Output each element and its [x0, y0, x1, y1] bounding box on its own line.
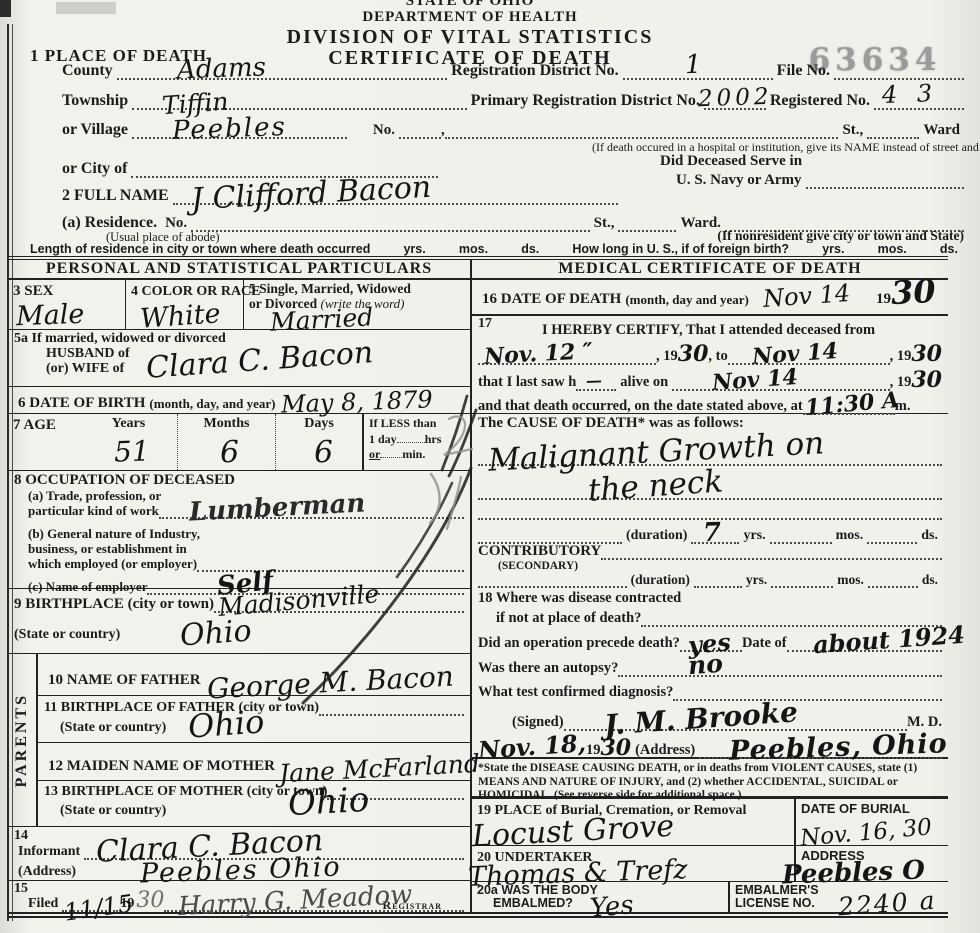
- village-value: Peebles: [172, 114, 288, 144]
- county-label: County: [58, 62, 117, 80]
- parents-label: PARENTS: [13, 693, 31, 788]
- township-row: Township Tiffin Primary Registration Dis…: [58, 92, 964, 110]
- contrib-mos-field: [771, 582, 833, 588]
- duration-label: (duration): [627, 572, 694, 588]
- cause-footnote: *State the DISEASE CAUSING DEATH, or in …: [478, 762, 917, 801]
- length-label: Length of residence in city or town wher…: [30, 242, 370, 256]
- occ-b-line2: business, or establishment in: [28, 542, 464, 557]
- dod-value: Nov 14: [762, 281, 851, 311]
- fullname-value: J Clifford Bacon: [190, 173, 431, 216]
- residence-ward-field: [618, 226, 676, 232]
- marital-label1: 5 Single, Married, Widowed: [249, 282, 465, 297]
- cause-blank-field: [478, 500, 942, 520]
- father-row: 10 NAME OF FATHER George M. Bacon: [38, 654, 470, 696]
- certify-line3: that I last saw h — alive on Nov 14 , 19…: [478, 365, 942, 391]
- informant-label: Informant: [14, 844, 84, 860]
- operation-line: Did an operation precede death? yes Date…: [478, 627, 942, 652]
- race-label: 4 COLOR OR RACE: [131, 284, 261, 299]
- sign-year-pre: 19: [586, 742, 601, 759]
- burial-date-cell: DATE OF BURIAL Nov. 16, 30: [796, 799, 948, 845]
- operation-label: Did an operation precede death?: [478, 635, 680, 652]
- birthplace-label: 9 BIRTHPLACE (city or town): [14, 596, 214, 613]
- father-birthplace-row: 11 BIRTHPLACE OF FATHER (city or town) (…: [38, 696, 470, 744]
- race-value: White: [139, 300, 221, 333]
- burial-row: 19 PLACE of Burial, Cremation, or Remova…: [472, 799, 948, 846]
- fullname-label: 2 FULL NAME: [58, 187, 173, 205]
- navy-row: U. S. Navy or Army: [672, 172, 964, 189]
- signed-line: (Signed) J. M. Brooke M. D.: [478, 701, 942, 731]
- yrs-label: yrs.: [403, 242, 425, 256]
- st-label: St.,: [838, 122, 867, 139]
- certify-row: 17 I HEREBY CERTIFY, That I attended dec…: [472, 316, 948, 414]
- dod-year-value: 30: [890, 275, 936, 309]
- address-label: (Address): [631, 742, 699, 759]
- ds-label: ds.: [918, 572, 942, 588]
- cause-row: The CAUSE OF DEATH* was as follows: Mali…: [472, 414, 948, 539]
- county-row: County Adams Registration District No. 1…: [58, 62, 964, 80]
- mother-birthplace-row: 13 BIRTHPLACE OF MOTHER (city or town) (…: [38, 781, 470, 826]
- village-row: or Village Peebles No. , St., Ward: [58, 121, 964, 139]
- sex-race-marital-row: 3 SEX Male 4 COLOR OR RACE White 5 Singl…: [8, 280, 470, 330]
- ds-label: ds.: [940, 242, 958, 256]
- county-value: Adams: [176, 54, 266, 83]
- length-row: Length of residence in city or town wher…: [30, 242, 964, 256]
- certify-text: I HEREBY CERTIFY, That I attended deceas…: [542, 322, 875, 339]
- yrs-label: yrs.: [822, 242, 844, 256]
- dob-label: 6 DATE OF BIRTH: [14, 395, 149, 412]
- date-of-death-row: 16 DATE OF DEATH (month, day and year) N…: [472, 280, 948, 316]
- contrib-ds-field: [868, 582, 918, 588]
- age-days-cell: Days 6: [276, 414, 364, 470]
- howlong-label: How long in U. S., if of foreign birth?: [572, 242, 789, 256]
- less-min: min.: [402, 447, 425, 461]
- certify-line1: I HEREBY CERTIFY, That I attended deceas…: [542, 317, 942, 339]
- undertaker-address-cell: ADDRESS Peebles O: [796, 846, 948, 881]
- occ-a-field: Lumberman: [159, 513, 464, 519]
- registrar-signature: Harry G. Meadow: [178, 882, 413, 920]
- mother-label: 12 MAIDEN NAME OF MOTHER: [44, 758, 279, 775]
- street-no-field: [399, 133, 441, 139]
- dod-label: 16 DATE OF DEATH: [478, 291, 625, 308]
- filed-date-field: 11/15: [62, 906, 118, 912]
- attended-to-year: 30: [911, 343, 942, 365]
- certify-line4: and that death occurred, on the date sta…: [478, 391, 942, 415]
- certify-line2: Nov. 12 ″ , 19 30 , to Nov 14 , 19 30: [478, 339, 942, 365]
- attended-from-year: 30: [678, 343, 709, 365]
- marital-cell: 5 Single, Married, Widowed or Divorced (…: [244, 280, 470, 329]
- occurred-text: and that death occurred, on the date sta…: [478, 398, 803, 415]
- personal-column: PERSONAL AND STATISTICAL PARTICULARS 3 S…: [8, 260, 472, 912]
- ds-label: ds.: [521, 242, 539, 256]
- undertaker-addr-value: Peebles O: [782, 858, 926, 889]
- navy-line2: U. S. Navy or Army: [672, 172, 806, 189]
- village-field: Peebles: [132, 133, 347, 139]
- operation-date-value: about 1924: [812, 623, 965, 658]
- footnote-row: *State the DISEASE CAUSING DEATH, or in …: [472, 759, 948, 799]
- contributory-label: CONTRIBUTORY: [478, 543, 601, 560]
- township-field: Tiffin: [132, 104, 466, 110]
- age-days-value: 6: [313, 438, 333, 469]
- signed-label: (Signed): [512, 714, 564, 731]
- navy-field: [806, 183, 964, 189]
- county-field: Adams: [117, 74, 447, 80]
- navy-line1: Did Deceased Serve in: [660, 153, 802, 170]
- contrib-lead: [478, 582, 627, 588]
- comma-19: , 19: [656, 348, 678, 365]
- primary-reg-field: 2002: [704, 104, 766, 110]
- dob-row: 6 DATE OF BIRTH (month, day, and year) M…: [8, 387, 470, 414]
- less-or: or: [369, 447, 380, 461]
- birthplace-row: 9 BIRTHPLACE (city or town) Madisonville…: [8, 589, 470, 654]
- to-label: , to: [708, 348, 727, 365]
- months-label: Months: [183, 416, 270, 432]
- undertaker-row: 20 UNDERTAKER Thomas & Trefz ADDRESS Pee…: [472, 846, 948, 882]
- dod-note: (month, day and year): [625, 292, 749, 308]
- township-label: Township: [58, 92, 132, 110]
- where-line2: if not at place of death?: [496, 610, 641, 627]
- medical-column: MEDICAL CERTIFICATE OF DEATH 16 DATE OF …: [472, 260, 948, 912]
- city-label: or City of: [58, 160, 131, 178]
- sign-address-field: Peebles, Ohio: [699, 753, 942, 759]
- ward-field: [867, 133, 919, 139]
- informant-addr-label: (Address): [14, 864, 80, 880]
- mother-row: 12 MAIDEN NAME OF MOTHER Jane McFarland: [38, 743, 470, 781]
- sex-value: Male: [16, 301, 85, 330]
- attended-from-value: Nov. 12 ″: [483, 340, 593, 368]
- occ-b-line1: (b) General nature of Industry,: [28, 527, 464, 542]
- father-bp-field: [319, 710, 464, 716]
- sign-date-value: Nov. 18,: [477, 731, 586, 762]
- death-certificate-document: STATE OF OHIO DEPARTMENT OF HEALTH DIVIS…: [0, 0, 980, 933]
- age-months-value: 6: [219, 438, 239, 469]
- residence-no-field: [191, 226, 589, 232]
- mos-label: mos.: [459, 242, 488, 256]
- personal-title: PERSONAL AND STATISTICAL PARTICULARS: [8, 260, 470, 280]
- sex-cell: 3 SEX Male: [8, 280, 126, 329]
- registered-no-value: 4 3: [882, 81, 939, 107]
- reg-district-field: 1: [623, 74, 773, 80]
- birthplace-state-value: Ohio: [179, 617, 252, 652]
- sex-label: 3 SEX: [13, 283, 53, 299]
- sign-address-line: Nov. 18, 19 30 (Address) Peebles, Ohio: [478, 731, 942, 759]
- less-line1: If LESS than: [369, 416, 436, 430]
- cause-duration-value: 7: [703, 520, 722, 547]
- filed-date-value: 11/15: [63, 891, 135, 924]
- item18-row: 18 Where was disease contracted if not a…: [472, 589, 948, 759]
- certify-num: 17: [478, 316, 492, 332]
- street-no-label: No.: [369, 122, 399, 139]
- lastsaw-mid: alive on: [616, 374, 672, 391]
- burial-place-cell: 19 PLACE of Burial, Cremation, or Remova…: [472, 799, 796, 845]
- father-label: 10 NAME OF FATHER: [44, 672, 205, 689]
- mother-bp-state-label: (State or country): [60, 803, 464, 819]
- marital-value: Married: [269, 304, 373, 334]
- spouse-row: 5a If married, widowed or divorced HUSBA…: [8, 330, 470, 387]
- registered-no-field: 4 3: [874, 104, 964, 110]
- burial-date-label: DATE OF BURIAL: [801, 801, 943, 816]
- birthplace-state-label: (State or country): [14, 627, 120, 643]
- reg-district-label: Registration District No.: [447, 62, 623, 80]
- embalmed-value: Yes: [589, 892, 635, 922]
- less-line2: 1 day: [369, 432, 397, 446]
- occ-a-line2: particular kind of work: [28, 504, 159, 519]
- autopsy-line: Was there an autopsy? no: [478, 652, 942, 677]
- age-years-cell: Years 51: [80, 414, 178, 470]
- fullname-row: 2 FULL NAME J Clifford Bacon: [58, 187, 618, 205]
- race-cell: 4 COLOR OR RACE White: [126, 280, 244, 329]
- primary-reg-value: 2002: [697, 86, 772, 112]
- filed-num: 15: [14, 881, 28, 897]
- parents-strip: PARENTS: [8, 654, 38, 826]
- less-than-cell: If LESS than 1 dayhrs ormin.: [364, 414, 470, 470]
- occupation-label: 8 OCCUPATION OF DECEASED: [14, 472, 464, 489]
- father-bp-label: 11 BIRTHPLACE OF FATHER (city or town): [44, 700, 319, 716]
- contrib-yrs-field: [694, 582, 742, 588]
- sign-address-value: Peebles, Ohio: [729, 730, 948, 765]
- primary-reg-label: Primary Registration District No.: [467, 92, 704, 110]
- ward-label: Ward: [919, 122, 964, 139]
- where-line2-row: if not at place of death?: [496, 607, 942, 627]
- parents-section: PARENTS 10 NAME OF FATHER George M. Baco…: [8, 654, 470, 827]
- secondary-label: (SECONDARY): [498, 560, 942, 572]
- test-label: What test confirmed diagnosis?: [478, 684, 673, 701]
- license-value: 2240 a: [837, 888, 937, 920]
- dob-value: May 8, 1879: [281, 387, 433, 416]
- file-no-label: File No.: [773, 62, 834, 80]
- undertaker-value: Thomas & Trefz: [468, 856, 688, 891]
- age-label: 7 AGE: [13, 417, 56, 433]
- where-line1: 18 Where was disease contracted: [478, 590, 942, 607]
- age-row: 7 AGE Years 51 Months 6 Days 6 If LESS t…: [8, 414, 470, 471]
- cause-line1-field: Malignant Growth on: [478, 432, 942, 466]
- lastsaw-value: Nov 14: [712, 366, 799, 394]
- dod-year-pre: 19: [876, 291, 891, 308]
- informant-addr-value: Peebles Ohio: [140, 853, 342, 887]
- yrs-label: yrs.: [742, 572, 771, 588]
- street-field: [445, 133, 839, 139]
- lastsaw-pre: that I last saw h: [478, 374, 576, 391]
- fullname-field: J Clifford Bacon: [173, 199, 618, 205]
- days-label: Days: [281, 416, 357, 432]
- dob-note: (month, day, and year): [149, 396, 275, 412]
- father-bp-value: Ohio: [187, 705, 265, 742]
- residence-st-label: St.,: [590, 215, 619, 232]
- cause-label: The CAUSE OF DEATH* was as follows:: [478, 415, 942, 432]
- occ-b-line3: which employed (or employer): [28, 557, 197, 572]
- mos-label: mos.: [878, 242, 907, 256]
- age-years-value: 51: [114, 437, 151, 466]
- filed-label: Filed: [24, 896, 62, 912]
- cause-line2: the neck: [587, 466, 724, 506]
- less-hrs: hrs: [425, 432, 442, 446]
- reg-district-value: 1: [684, 52, 701, 79]
- lastsaw-year: 30: [911, 369, 942, 391]
- main-grid: PERSONAL AND STATISTICAL PARTICULARS 3 S…: [8, 256, 948, 918]
- mos-label: mos.: [833, 572, 868, 588]
- comma-19: , 19: [890, 348, 912, 365]
- test-line: What test confirmed diagnosis?: [478, 677, 942, 701]
- contributory-field: [601, 554, 942, 560]
- informant-row: 14 Informant Clara C. Bacon (Address) Pe…: [8, 827, 470, 881]
- occurred-time-field: 11:30 A: [803, 409, 895, 415]
- years-label: Years: [85, 416, 172, 432]
- autopsy-value: no: [687, 651, 724, 678]
- age-months-cell: Months 6: [178, 414, 276, 470]
- mother-bp-value: Ohio: [287, 783, 370, 821]
- lastsaw-him: —: [586, 373, 603, 390]
- registered-no-label: Registered No.: [766, 92, 874, 110]
- file-no-field: [834, 74, 964, 80]
- occ-a-value: Lumberman: [188, 490, 366, 525]
- birthplace-field: Madisonville: [214, 607, 464, 613]
- contributory-duration-line: (duration) yrs. mos. ds.: [478, 572, 942, 588]
- occupation-row: 8 OCCUPATION OF DECEASED (a) Trade, prof…: [8, 471, 470, 589]
- filed-year-value: 30: [136, 890, 164, 912]
- village-label: or Village: [58, 121, 132, 139]
- dateof-label: Date of: [742, 635, 787, 652]
- age-label-cell: 7 AGE: [8, 414, 80, 470]
- header-department: DEPARTMENT OF HEALTH: [0, 9, 940, 26]
- autopsy-label: Was there an autopsy?: [478, 660, 618, 677]
- medical-title: MEDICAL CERTIFICATE OF DEATH: [472, 260, 948, 280]
